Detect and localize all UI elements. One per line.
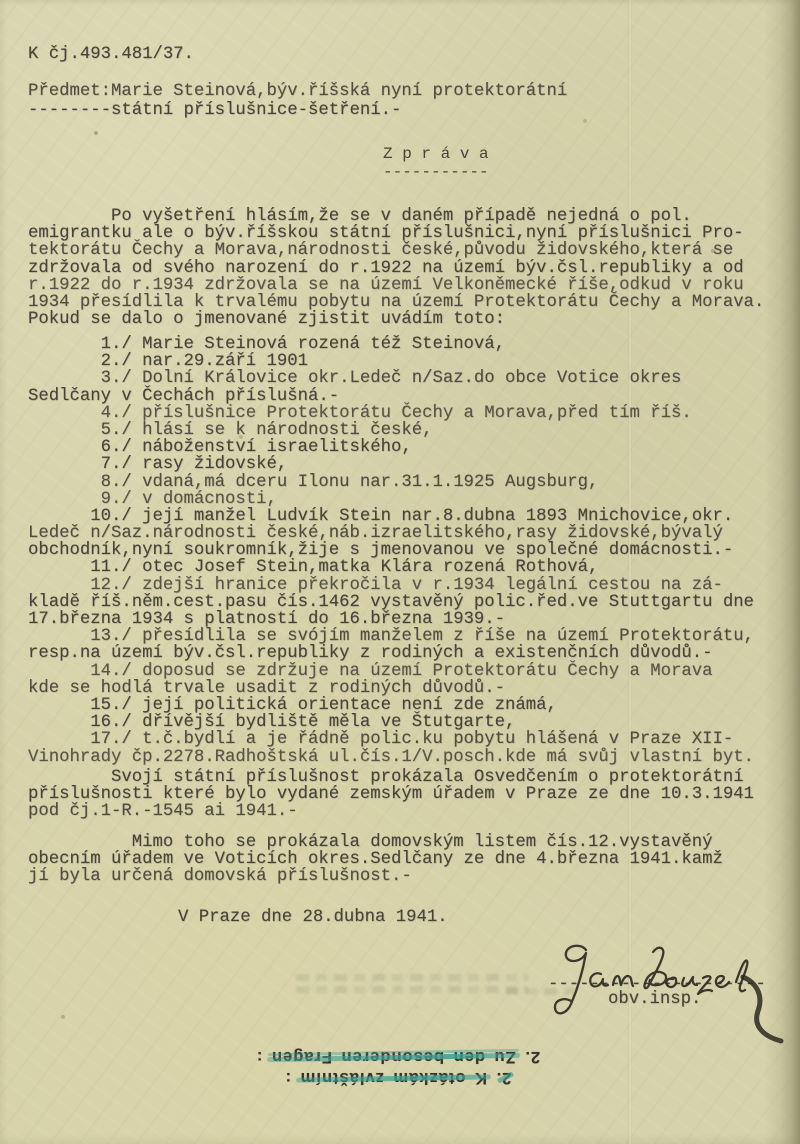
text-line: 17.března 1934 s platností do 16.března …: [28, 611, 754, 628]
dateline: V Praze dne 28.dubna 1941.: [178, 909, 448, 926]
signer-role: obv.insp.: [608, 990, 701, 1009]
paragraph-domicile-certificate: Mimo toho se prokázala domovským listem …: [28, 834, 723, 886]
text-line: r.1922 do r.1934 zdržovala se na území V…: [28, 277, 764, 294]
signature-flourish: [743, 977, 781, 1041]
text-line: příslušnosti které bylo vydané zemským ú…: [28, 786, 754, 803]
text-line: 17./ t.č.bydlí a je řádně polic.ku pobyt…: [28, 731, 754, 748]
dust-specks: [0, 0, 2, 2]
text-line: [28, 65, 567, 84]
text-line: 13./ přesídlila se svójím manželem z říš…: [28, 628, 754, 645]
text-line: tektorátu Čechy a Morava,národnosti česk…: [28, 242, 764, 259]
signature-block: --------------------- Jan Bouzel obv.ins…: [500, 930, 800, 1055]
text-line: K čj.493.481/37.: [28, 46, 567, 65]
text-line: Ledeč n/Saz.národnosti české,náb.izraeli…: [28, 525, 754, 542]
text-line: obecním úřadem ve Voticích okres.Sedlčan…: [28, 851, 723, 868]
stamp-line-czech: 2. K otázkám zvláštním :: [230, 1067, 566, 1088]
text-line: 1./ Marie Steinová rozená též Steinová,: [28, 336, 754, 353]
text-line: Předmet:Marie Steinová,býv.říšská nyní p…: [28, 83, 567, 102]
scanned-document-page: K čj.493.481/37. Předmet:Marie Steinová,…: [0, 0, 800, 1144]
title-underline: -----------: [383, 164, 489, 182]
paragraph-citizenship-proof: Svojí státní příslušnost prokázala Osved…: [28, 769, 754, 821]
text-line: 10./ její manžel Ludvík Stein nar.8.dubn…: [28, 508, 754, 525]
paragraph-intro: Po vyšetření hlásím,že se v daném případ…: [28, 208, 764, 328]
stamp-line-german: 2. Zu den besonderen Fragen :: [230, 1046, 566, 1067]
text-line: 9./ v domácnosti,: [28, 491, 754, 508]
text-line: 8./ vdaná,má dceru Ilonu nar.31.1.1925 A…: [28, 474, 754, 491]
text-line: 1934 přesídlila k trvalému pobytu na úze…: [28, 294, 764, 311]
stamp-german-phrase-struck: Zu den besonderen Fragen: [271, 1046, 516, 1067]
text-line: Po vyšetření hlásím,že se v daném případ…: [28, 208, 764, 225]
text-line: 6./ náboženství israelitského,: [28, 439, 754, 456]
text-line: 14./ doposud se zdržuje na území Protekt…: [28, 663, 754, 680]
text-line: 7./ rasy židovské,: [28, 456, 754, 473]
text-line: Sedlčany v Čechách příslušná.-: [28, 388, 754, 405]
text-line: kladě říš.něm.cest.pasu čís.1462 vystavě…: [28, 594, 754, 611]
text-line: Vinohrady čp.2278.Radhoštská ul.čís.1/V.…: [28, 749, 754, 766]
report-title-block: Z p r á v a -----------: [383, 146, 489, 181]
text-line: zdržovala od svého narození do r.1922 na…: [28, 260, 764, 277]
document-header: K čj.493.481/37. Předmet:Marie Steinová,…: [28, 46, 567, 120]
bleed-through-text: [296, 974, 528, 998]
text-line: Mimo toho se prokázala domovským listem …: [28, 834, 723, 851]
text-line: emigrantku ale o býv.říšskou státní přís…: [28, 225, 764, 242]
text-line: kde se hodlá trvale usadit z rodiných dů…: [28, 680, 754, 697]
text-line: jí byla určená domovská příslušnost.-: [28, 868, 723, 885]
text-line: 16./ dřívější bydliště měla ve Štutgarte…: [28, 714, 754, 731]
text-line: 3./ Dolní Královice okr.Ledeč n/Saz.do o…: [28, 370, 754, 387]
text-line: 15./ její politická orientace není zde z…: [28, 697, 754, 714]
text-line: obchodník,nyní soukromník,žije s jmenova…: [28, 542, 754, 559]
text-line: 5./ hlásí se k národnosti české,: [28, 422, 754, 439]
report-title: Z p r á v a: [383, 146, 489, 164]
text-line: Svojí státní příslušnost prokázala Osved…: [28, 769, 754, 786]
text-line: 4./ příslušnice Protektorátu Čechy a Mor…: [28, 405, 754, 422]
text-line: --------státní příslušnice-šetření.-: [28, 102, 567, 121]
text-line: 2./ nar.29.září 1901: [28, 353, 754, 370]
text-line: 12./ zdejší hranice překročila v r.1934 …: [28, 577, 754, 594]
numbered-findings-list: 1./ Marie Steinová rozená též Steinová, …: [28, 336, 754, 766]
text-line: 11./ otec Josef Stein,matka Klára rozená…: [28, 559, 754, 576]
dateline-text: V Praze dne 28.dubna 1941.: [178, 909, 448, 926]
text-line: resp.na území býv.čsl.republiky z rodiný…: [28, 645, 754, 662]
text-line: pod čj.1-R.-1545 ai 1941.-: [28, 803, 754, 820]
stamp-czech-phrase-struck: K otázkám zvláštním: [300, 1067, 487, 1088]
rotated-form-stamp: 2. K otázkám zvláštním : 2. Zu den beson…: [230, 1042, 566, 1088]
text-line: Pokud se dalo o jmenované zjistit uvádím…: [28, 311, 764, 328]
